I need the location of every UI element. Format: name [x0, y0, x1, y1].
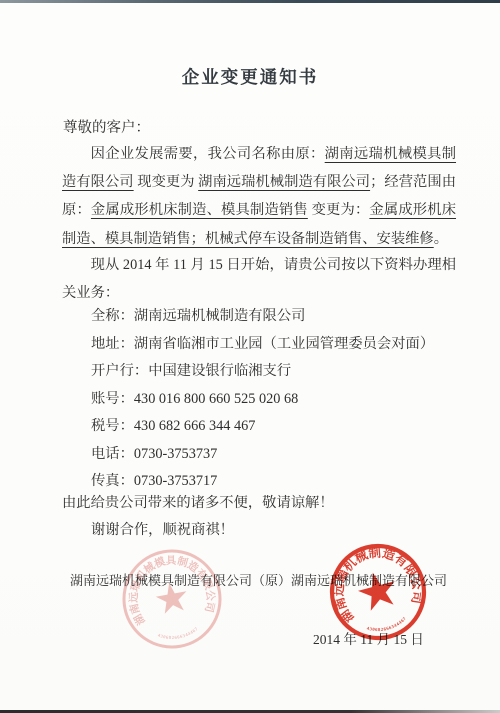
info-label: 电话： — [91, 446, 134, 462]
info-value: 湖南省临湘市工业园（工业园管理委员会对面） — [134, 336, 434, 352]
info-value: 430 016 800 660 525 020 68 — [134, 391, 298, 407]
star-icon — [154, 580, 190, 615]
info-row-fullname: 全称：湖南远瑞机械制造有限公司 — [91, 303, 461, 331]
info-row-bank: 开户行：中国建设银行临湘支行 — [91, 358, 461, 386]
para1-mid1: 现变更为 — [134, 174, 199, 190]
info-label: 传真： — [91, 473, 134, 489]
company-stamp-new: 湖南远瑞机械制造有限公司 430682666344467 — [313, 527, 443, 657]
company-info-list: 全称：湖南远瑞机械制造有限公司 地址：湖南省临湘市工业园（工业园管理委员会对面）… — [91, 303, 461, 496]
paragraph-change-notice: 因企业发展需要，我公司名称由原：湖南远瑞机械模具制造有限公司 现变更为 湖南远瑞… — [62, 140, 456, 253]
info-row-phone: 电话：0730-3753737 — [91, 441, 461, 469]
salutation: 尊敬的客户： — [63, 116, 150, 137]
info-label: 税号： — [91, 418, 134, 434]
info-label: 全称： — [91, 308, 134, 324]
para1-mid3: 变更为： — [308, 202, 370, 218]
info-value: 0730-3753737 — [134, 446, 217, 462]
para1-tail: 。 — [434, 231, 448, 247]
info-value: 湖南远瑞机械制造有限公司 — [134, 308, 306, 324]
info-row-address: 地址：湖南省临湘市工业园（工业园管理委员会对面） — [91, 331, 461, 359]
info-row-tax-id: 税号：430 682 666 344 467 — [91, 413, 461, 441]
old-business-scope: 金属成形机床制造、模具制造销售 — [91, 202, 308, 218]
apology-line: 由此给贵公司带来的诸多不便，敬请谅解！ — [62, 492, 334, 512]
info-label: 开户行： — [91, 363, 148, 379]
info-row-account: 账号：430 016 800 660 525 020 68 — [91, 386, 461, 414]
paragraph-effective-date: 现从 2014 年 11 月 15 日开始，请贵公司按以下资料办理相关业务： — [62, 251, 456, 307]
info-value: 430 682 666 344 467 — [134, 418, 256, 434]
info-label: 地址： — [91, 336, 134, 352]
info-value: 0730-3753717 — [134, 473, 217, 489]
page-title: 企业变更通知书 — [0, 64, 500, 89]
document-page: 企业变更通知书 尊敬的客户： 因企业发展需要，我公司名称由原：湖南远瑞机械模具制… — [0, 0, 500, 713]
star-icon — [354, 568, 400, 613]
info-label: 账号： — [91, 391, 134, 407]
para1-lead: 因企业发展需要，我公司名称由原： — [91, 146, 325, 162]
company-stamp-old: 湖南远瑞机械模具制造有限公司 430682666344467 — [107, 534, 237, 664]
info-value: 中国建设银行临湘支行 — [148, 363, 291, 379]
new-company-name: 湖南远瑞机械制造有限公司 — [198, 174, 370, 190]
scan-edge-top — [0, 0, 500, 3]
